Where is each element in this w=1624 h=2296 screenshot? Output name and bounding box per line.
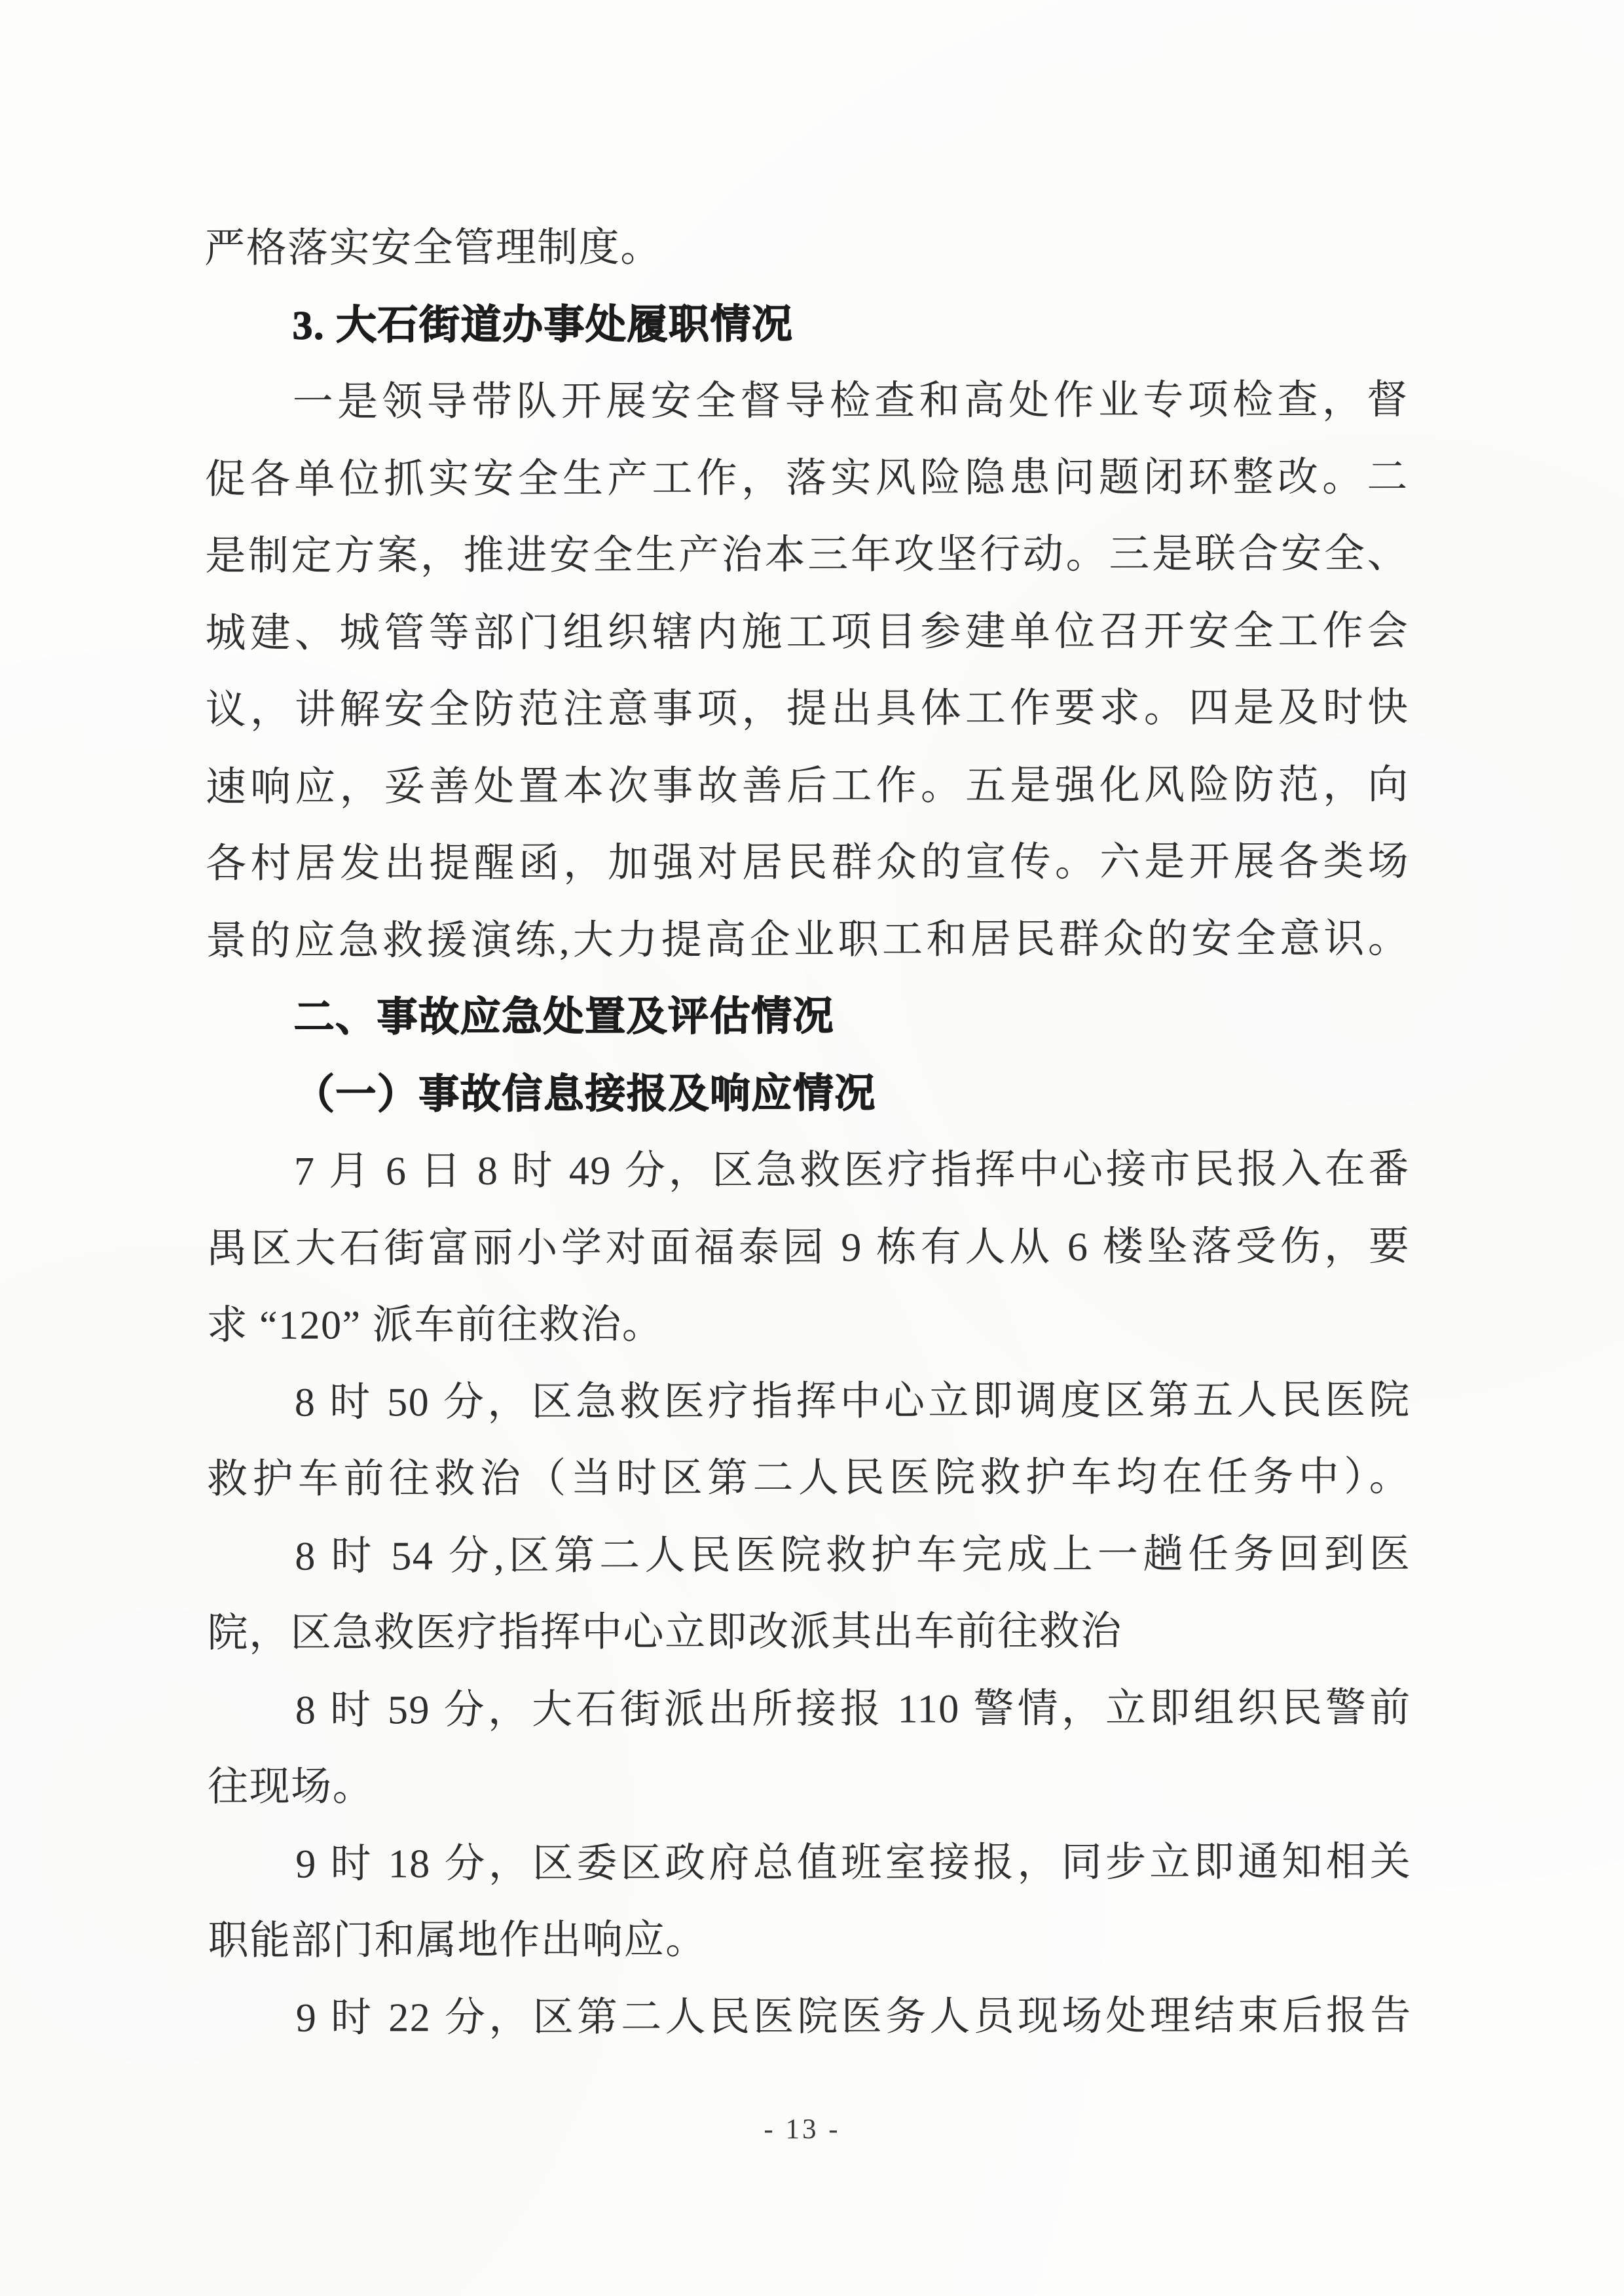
body-text-line: 8 时 54 分,区第二人民医院救护车完成上一趟任务回到医 xyxy=(207,1516,1411,1595)
body-text-line: 严格落实安全管理制度。 xyxy=(204,208,1408,287)
body-text-line: 9 时 18 分，区委区政府总值班室接报，同步立即通知相关 xyxy=(208,1824,1411,1903)
body-text-line: 救护车前往救治（当时区第二人民医院救护车均在任务中）。 xyxy=(207,1439,1411,1518)
page-number: - 13 - xyxy=(764,2113,840,2145)
body-text-line: 院，区急救医疗指挥中心立即改派其出车前往救治 xyxy=(207,1593,1411,1672)
body-text-line: 城建、城管等部门组织辖内施工项目参建单位召开安全工作会 xyxy=(205,593,1409,672)
section-heading: （一）事故信息接报及响应情况 xyxy=(206,1055,1410,1134)
body-text-line: 7 月 6 日 8 时 49 分，区急救医疗指挥中心接市民报入在番 xyxy=(206,1131,1410,1211)
body-text-line: 是制定方案，推进安全生产治本三年攻坚行动。三是联合安全、 xyxy=(205,516,1409,595)
body-text-line: 促各单位抓实安全生产工作，落实风险隐患问题闭环整改。二 xyxy=(205,439,1409,519)
body-text-line: 一是领导带队开展安全督导检查和高处作业专项检查，督 xyxy=(205,362,1409,441)
body-text-line: 8 时 59 分，大石街派出所接报 110 警情，立即组织民警前 xyxy=(208,1670,1411,1749)
body-text-line: 求 “120” 派车前往救治。 xyxy=(206,1285,1410,1364)
body-text-line: 禺区大石街富丽小学对面福泰园 9 栋有人从 6 楼坠落受伤，要 xyxy=(206,1209,1410,1288)
body-text-line: 景的应急救援演练,大力提高企业职工和居民群众的安全意识。 xyxy=(206,901,1409,980)
section-heading: 二、事故应急处置及评估情况 xyxy=(206,977,1410,1057)
body-text-line: 速响应，妥善处置本次事故善后工作。五是强化风险防范，向 xyxy=(206,747,1409,826)
body-text-line: 往现场。 xyxy=(208,1747,1411,1826)
body-text-line: 9 时 22 分，区第二人民医院医务人员现场处理结束后报告 xyxy=(208,1978,1412,2057)
body-text-line: 8 时 50 分，区急救医疗指挥中心立即调度区第五人民医院 xyxy=(207,1362,1411,1442)
body-text-line: 职能部门和属地作出响应。 xyxy=(208,1901,1411,1980)
body-text-line: 议，讲解安全防范注意事项，提出具体工作要求。四是及时快 xyxy=(206,670,1409,749)
section-heading: 3. 大石街道办事处履职情况 xyxy=(204,285,1408,365)
document-body: 严格落实安全管理制度。3. 大石街道办事处履职情况一是领导带队开展安全督导检查和… xyxy=(204,208,1412,2057)
body-text-line: 各村居发出提醒函，加强对居民群众的宣传。六是开展各类场 xyxy=(206,824,1409,903)
document-page: 严格落实安全管理制度。3. 大石街道办事处履职情况一是领导带队开展安全督导检查和… xyxy=(0,0,1624,2296)
